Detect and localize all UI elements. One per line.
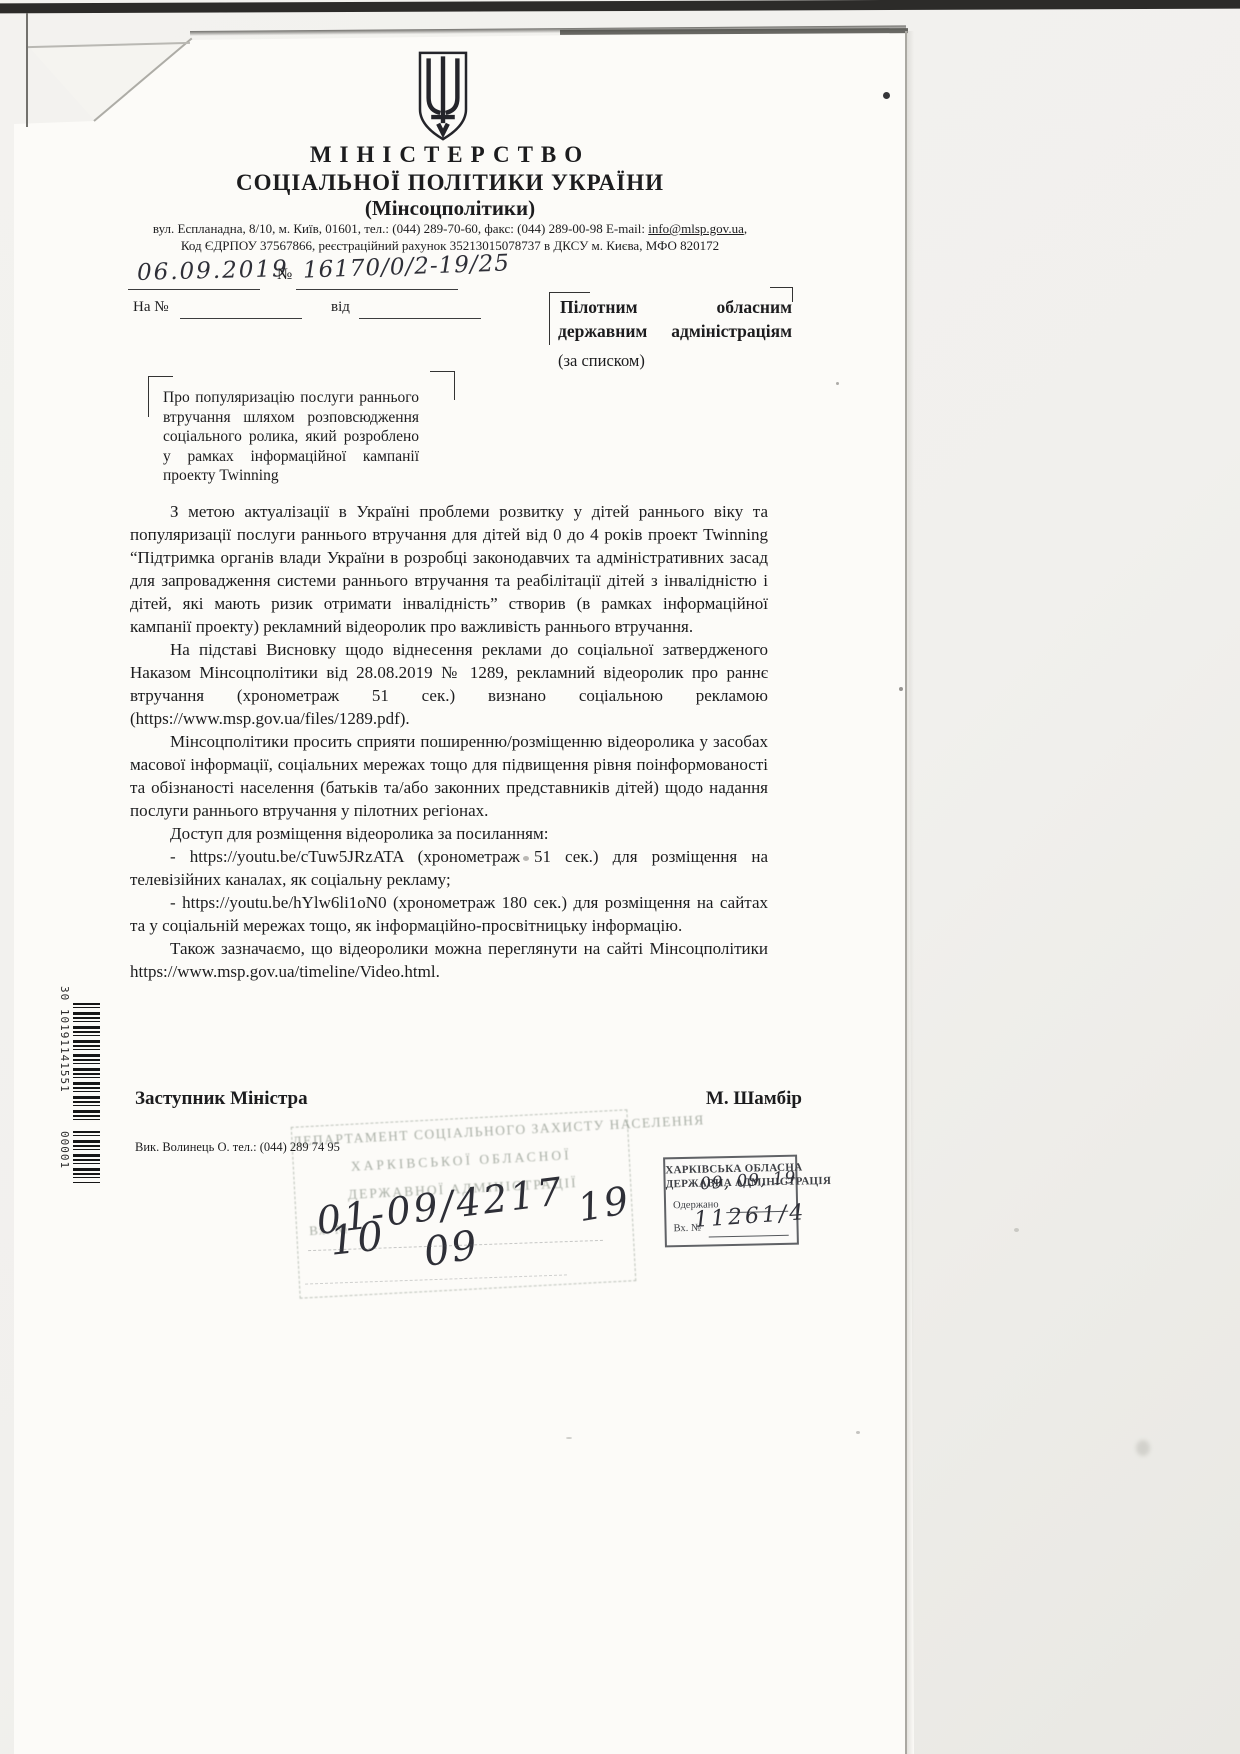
scan-smudge	[1136, 1440, 1150, 1456]
address-tail: ,	[744, 221, 747, 236]
barcode-digits-main: 30 10191141551	[58, 986, 71, 1093]
subject-line: соціального ролика, який розроблено	[163, 427, 419, 447]
paper-right-shadow	[907, 31, 914, 1754]
department-date-day-handwritten: 10	[328, 1213, 387, 1264]
reply-to-label: На №	[133, 299, 169, 316]
signatory-position: Заступник Міністра	[135, 1088, 308, 1110]
barcode-digits-bottom: 00001	[58, 1131, 71, 1169]
ministry-short-name: (Мінсоцполітики)	[130, 196, 770, 221]
date-underline	[128, 288, 260, 290]
recipient-line1: Пілотним обласним	[560, 297, 792, 318]
subject-line: Про популяризацію послуги раннього	[163, 388, 419, 408]
signatory-name: М. Шамбір	[660, 1088, 802, 1110]
subject-line: проекту Twinning	[163, 466, 419, 486]
recipient-line2: державним адміністраціям	[558, 321, 792, 342]
paragraph: На підставі Висновку щодо віднесення рек…	[130, 638, 768, 730]
scan-top-edge-bar	[0, 0, 1240, 13]
scan-speck	[836, 382, 839, 385]
department-date-month-handwritten: 09	[421, 1222, 482, 1276]
subject-block: Про популяризацію послуги раннього втруч…	[163, 388, 419, 486]
trident-icon	[414, 50, 472, 142]
ukraine-trident-emblem	[414, 50, 472, 142]
department-date-year-handwritten: 19	[575, 1178, 634, 1230]
scan-speck	[1014, 1228, 1019, 1232]
paragraph: З метою актуалізації в Україні проблеми …	[130, 500, 768, 638]
scan-speck	[566, 1437, 572, 1439]
paragraph: Також зазначаємо, що відеоролики можна п…	[130, 937, 768, 983]
subject-line: втручання шляхом розповсюдження	[163, 408, 419, 428]
barcode-bars-upper	[73, 1003, 100, 1122]
scanned-letter-page: МІНІСТЕРСТВО СОЦІАЛЬНОЇ ПОЛІТИКИ УКРАЇНИ…	[0, 0, 1240, 1754]
scan-left-edge-line	[26, 13, 28, 127]
paragraph: Мінсоцполітики просить сприяти поширенню…	[130, 730, 768, 822]
ink-dot	[883, 92, 890, 99]
reply-date-underline	[359, 317, 481, 319]
address-text: вул. Еспланадна, 8/10, м. Київ, 01601, т…	[153, 221, 648, 236]
paragraph: - https://youtu.be/hYlw6li1oN0 (хрономет…	[130, 891, 768, 937]
scan-speck	[899, 687, 903, 691]
paragraph: - https://youtu.be/cTuw5JRzATA (хрономет…	[130, 845, 768, 891]
letter-body: З метою актуалізації в Україні проблеми …	[130, 500, 768, 983]
reply-number-underline	[180, 317, 302, 319]
ministry-title-line1: МІНІСТЕРСТВО	[130, 142, 770, 168]
recipient-line3: (за списком)	[558, 351, 645, 371]
pen-mark	[523, 856, 529, 861]
address-line1: вул. Еспланадна, 8/10, м. Київ, 01601, т…	[90, 221, 810, 237]
subject-corner-mark-right	[430, 371, 455, 400]
reply-from-label: від	[331, 299, 350, 316]
email-address: info@mlsp.gov.ua	[648, 221, 744, 236]
subject-line: у рамках інформаційної кампанії	[163, 447, 419, 467]
paragraph: Доступ для розміщення відеоролика за пос…	[130, 822, 768, 845]
number-underline	[296, 288, 458, 290]
oda-stamp-in-line	[709, 1234, 789, 1238]
number-label: №	[277, 266, 292, 284]
barcode-bars-lower	[73, 1131, 100, 1183]
scan-speck	[856, 1431, 860, 1434]
ministry-title-line2: СОЦІАЛЬНОЇ ПОЛІТИКИ УКРАЇНИ	[130, 170, 770, 196]
outgoing-date-handwritten: 06.09.2019	[137, 256, 289, 286]
department-stamp-line2: ХАРКІВСЬКОЇ ОБЛАСНОЇ	[294, 1144, 629, 1178]
